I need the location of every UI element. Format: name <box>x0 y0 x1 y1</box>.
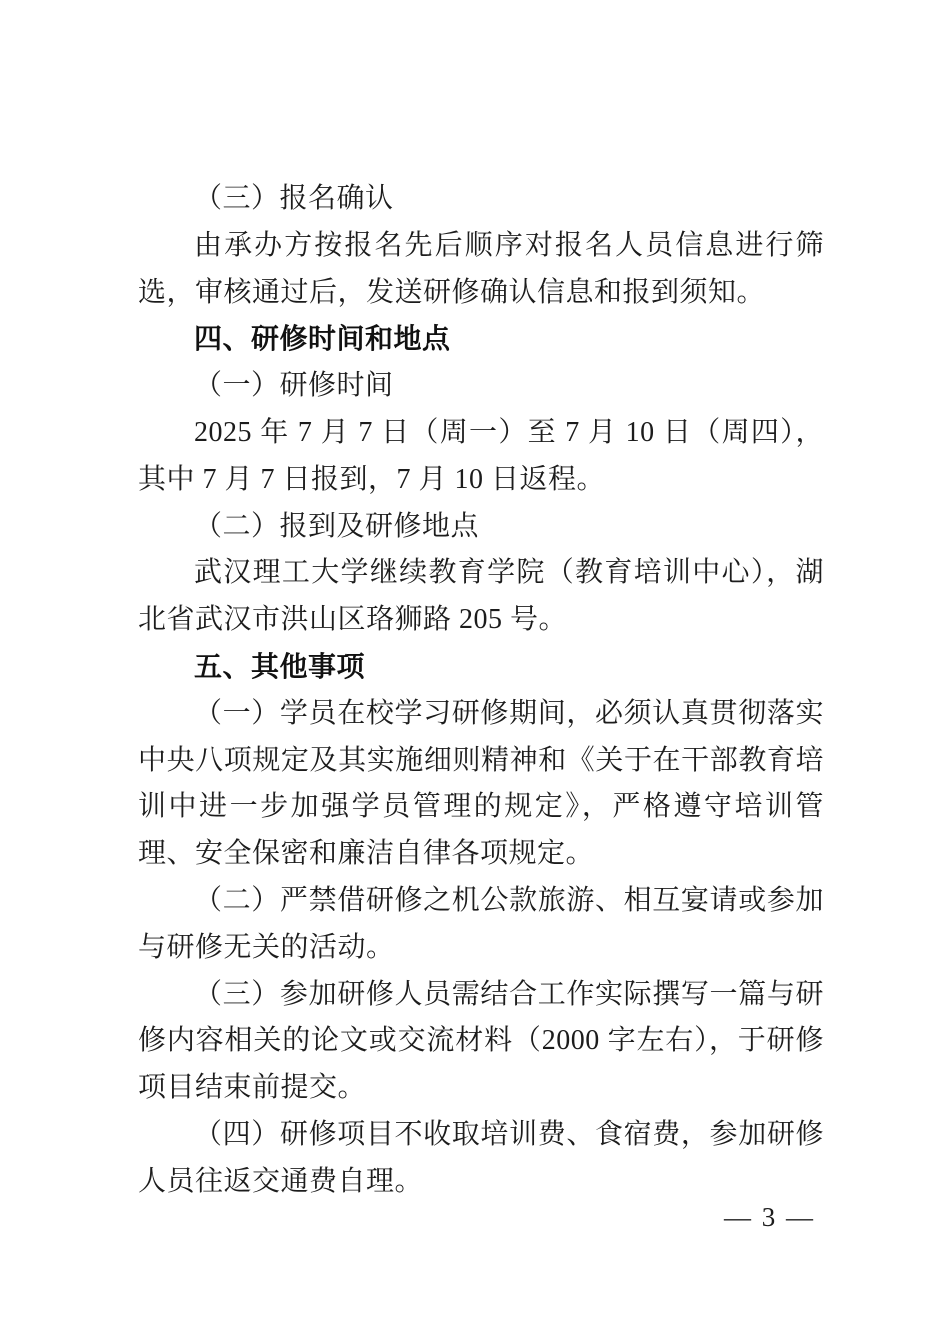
body-paragraph: 武汉理工大学继续教育学院（教育培训中心），湖北省武汉市洪山区珞狮路 205 号。 <box>138 550 824 644</box>
body-paragraph: 2025 年 7 月 7 日（周一）至 7 月 10 日（周四），其中 7 月 … <box>138 410 824 504</box>
body-paragraph: （二）严禁借研修之机公款旅游、相互宴请或参加与研修无关的活动。 <box>138 878 824 972</box>
section-heading: 四、研修时间和地点 <box>138 316 824 363</box>
body-paragraph: （四）研修项目不收取培训费、食宿费，参加研修人员往返交通费自理。 <box>138 1112 824 1206</box>
sub-heading: （三）报名确认 <box>138 176 824 223</box>
page-number: — 3 — <box>724 1202 815 1233</box>
section-heading: 五、其他事项 <box>138 644 824 691</box>
document-page: （三）报名确认由承办方按报名先后顺序对报名人员信息进行筛选，审核通过后，发送研修… <box>0 0 945 1342</box>
sub-heading: （二）报到及研修地点 <box>138 504 824 551</box>
document-blocks: （三）报名确认由承办方按报名先后顺序对报名人员信息进行筛选，审核通过后，发送研修… <box>138 176 824 1206</box>
body-paragraph: 由承办方按报名先后顺序对报名人员信息进行筛选，审核通过后，发送研修确认信息和报到… <box>138 223 824 317</box>
sub-heading: （一）研修时间 <box>138 363 824 410</box>
body-paragraph: （三）参加研修人员需结合工作实际撰写一篇与研修内容相关的论文或交流材料（2000… <box>138 972 824 1112</box>
body-paragraph: （一）学员在校学习研修期间，必须认真贯彻落实中央八项规定及其实施细则精神和《关于… <box>138 691 824 878</box>
